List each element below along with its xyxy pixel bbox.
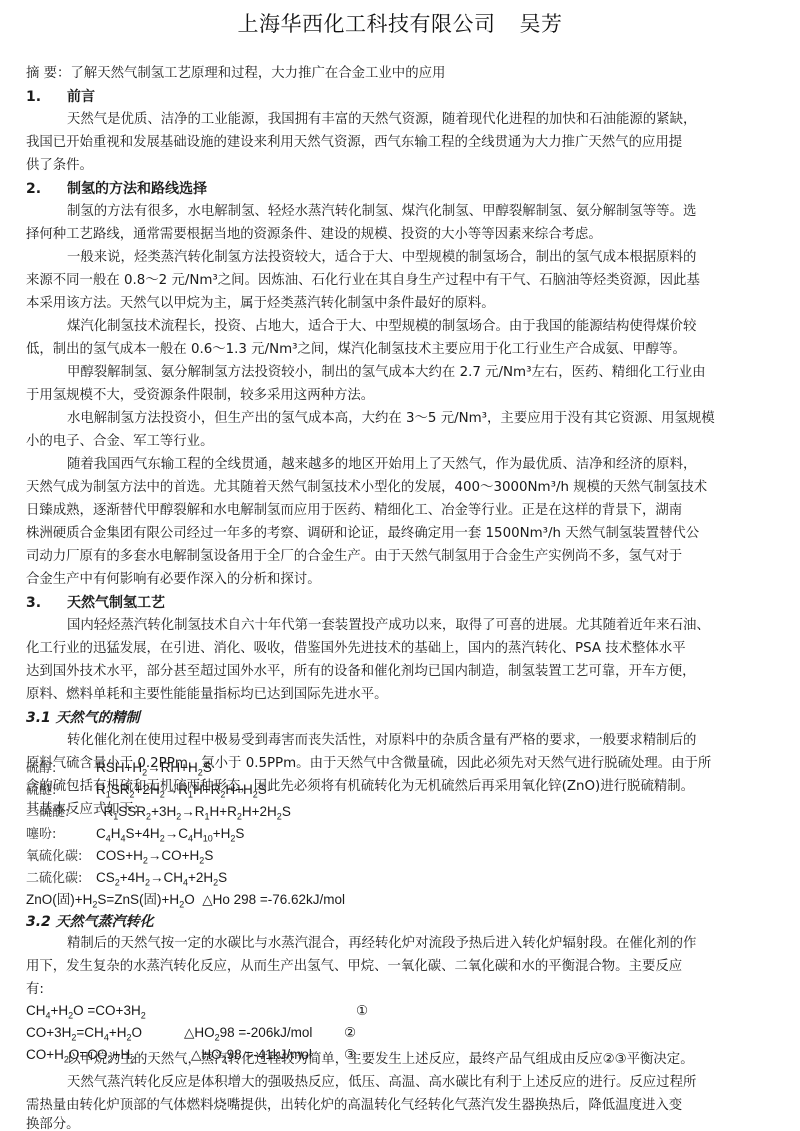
reaction-row: 噻吩:C4H4S+4H2→C4H10+H2S — [26, 824, 244, 845]
paragraph: 我国已开始重视和发展基础设施的建设来利用天然气资源，西气东输工程的全线贯通为大力… — [26, 133, 682, 153]
reaction-label: 二硫化碳: — [26, 869, 96, 889]
paragraph: 化工行业的迅猛发展，在引进、消化、吸收，借鉴国外先进技术的基础上，国内的蒸汽转化… — [26, 639, 686, 659]
reaction-number: ① — [356, 1001, 368, 1021]
paragraph: 本采用该方法。天然气以甲烷为主，属于烃类蒸汽转化制氢中条件最好的原料。 — [26, 294, 495, 314]
paragraph: 原料、燃料单耗和主要性能能量指标均已达到国际先进水平。 — [26, 685, 388, 705]
abstract: 摘 要：了解天然气制氢工艺原理和过程，大力推广在合金工业中的应用 — [26, 64, 445, 84]
enthalpy-value: △HO298 =-206kJ/mol — [184, 1023, 312, 1043]
paragraph: 天然气成为制氢方法中的首选。尤其随着天然气制氢技术小型化的发展，400～3000… — [26, 478, 707, 498]
paragraph: 择何种工艺路线，通常需要根据当地的资源条件、建设的规模、投资的大小等等因素来综合… — [26, 225, 602, 245]
paragraph: 于用氢规模不大，受资源条件限制，较多采用这两种方法。 — [26, 386, 374, 406]
paragraph: 达到国外技术水平，部分甚至超过国外水平，所有的设备和催化剂均已国内制造，制氢装置… — [26, 662, 696, 682]
reaction-number: ② — [344, 1023, 356, 1043]
reaction-formula: RSH+H2→RH+H2S — [96, 758, 212, 778]
reaction-row: 二硫化碳:CS2+4H2→CH4+2H2S — [26, 868, 227, 889]
paragraph: 转化催化剂在使用过程中极易受到毒害而丧失活性，对原料中的杂质含量有严格的要求，一… — [67, 731, 696, 751]
reaction-label: 噻吩: — [26, 825, 96, 845]
reforming-reaction-row: CO+3H2=CH4+H2O△HO298 =-206kJ/mol② — [26, 1023, 142, 1043]
paragraph: 需热量由转化炉顶部的气体燃料烧嘴提供，出转化炉的高温转化气经转化气蒸汽发生器换热… — [26, 1096, 682, 1116]
paragraph: 低，制出的氢气成本一般在 0.6～1.3 元/Nm³之间，煤汽化制氢技术主要应用… — [26, 340, 686, 360]
paragraph: 精制后的天然气按一定的水碳比与水蒸汽混合，再经转化炉对流段予热后进入转化炉辐射段… — [67, 934, 696, 954]
paragraph: 日臻成熟，逐渐替代甲醇裂解和水电解制氢而应用于医药、精细化工、冶金等行业。正是在… — [26, 501, 682, 521]
author-name: 吴芳 — [520, 12, 563, 36]
paragraph: 随着我国西气东输工程的全线贯通，越来越多的地区开始用上了天然气，作为最优质、洁净… — [67, 455, 696, 475]
paragraph: 天然气蒸汽转化反应是体积增大的强吸热反应，低压、高温、高水碳比有利于上述反应的进… — [67, 1073, 696, 1093]
reaction-formula: R1SSR2+3H2→R1H+R2H+2H2S — [96, 802, 291, 822]
reaction-formula: CH4+H2O =CO+3H2 — [26, 1003, 146, 1018]
paragraph: 煤汽化制氢技术流程长，投资、占地大，适合于大、中型规模的制氢场合。由于我国的能源… — [67, 317, 696, 337]
reaction-formula: COS+H2→CO+H2S — [96, 846, 213, 866]
paragraph: 国内轻烃蒸汽转化制氢技术自六十年代第一套装置投产成功以来，取得了可喜的进展。尤其… — [67, 616, 710, 636]
subsection-heading-3-2: 3.2 天然气蒸汽转化 — [26, 912, 154, 932]
reaction-row: 二硫醚: R1SSR2+3H2→R1H+R2H+2H2S — [26, 802, 291, 823]
reaction-formula: CS2+4H2→CH4+2H2S — [96, 868, 227, 888]
document-title: 上海华西化工科技有限公司吴芳 — [0, 8, 800, 38]
paragraph: 以甲烷为主的天然气，蒸汽转化过程较为简单，主要发生上述反应，最终产品气组成由反应… — [67, 1050, 694, 1070]
reaction-label: 硫醇: — [26, 759, 96, 779]
section-heading-2: 2.制氢的方法和路线选择 — [26, 179, 207, 199]
paragraph: 司动力厂原有的多套水电解制氢设备用于全厂的合金生产。由于天然气制氢用于合金生产实… — [26, 547, 682, 567]
paragraph: 小的电子、合金、军工等行业。 — [26, 432, 213, 452]
paragraph: 一般来说，烃类蒸汽转化制氢方法投资较大，适合于大、中型规模的制氢场合，制出的氢气… — [67, 248, 696, 268]
section-heading-1: 1.前言 — [26, 87, 95, 107]
reaction-formula: R1SR2+2H2→R1H+R2H+H2S — [96, 780, 267, 800]
paragraph: 制氢的方法有很多，水电解制氢、轻烃水蒸汽转化制氢、煤汽化制氢、甲醇裂解制氢、氨分… — [67, 202, 696, 222]
paragraph: 有: — [26, 980, 44, 1000]
paragraph: 株洲硬质合金集团有限公司经过一年多的考察、调研和论证，最终确定用一套 1500N… — [26, 524, 699, 544]
reaction-formula: C4H4S+4H2→C4H10+H2S — [96, 824, 244, 844]
paragraph: 用下，发生复杂的水蒸汽转化反应，从而生产出氢气、甲烷、一氧化碳、二氧化碳和水的平… — [26, 957, 682, 977]
reaction-row: 硫醚:R1SR2+2H2→R1H+R2H+H2S — [26, 780, 267, 801]
reaction-label: 二硫醚: — [26, 803, 96, 823]
paragraph: 天然气是优质、洁净的工业能源，我国拥有丰富的天然气资源，随着现代化进程的加快和石… — [67, 110, 696, 130]
paragraph: 供了条件。 — [26, 156, 93, 176]
section-heading-3: 3.天然气制氢工艺 — [26, 593, 165, 613]
reaction-label: 氧硫化碳: — [26, 847, 96, 867]
reaction-row: 硫醇:RSH+H2→RH+H2S — [26, 758, 212, 779]
reforming-reaction-row: CH4+H2O =CO+3H2① — [26, 1001, 146, 1021]
paragraph: 水电解制氢方法投资小，但生产出的氢气成本高，大约在 3～5 元/Nm³，主要应用… — [67, 409, 715, 429]
paragraph: 合金生产中有何影响有必要作深入的分析和探讨。 — [26, 570, 321, 590]
subsection-heading-3-1: 3.1 天然气的精制 — [26, 708, 140, 728]
reaction-row: 氧硫化碳:COS+H2→CO+H2S — [26, 846, 213, 867]
company-name: 上海华西化工科技有限公司 — [238, 12, 496, 36]
paragraph: 换部分。 — [26, 1115, 80, 1131]
zno-reaction: ZnO(固)+H2S=ZnS(固)+H2O △Ho 298 =-76.62kJ/… — [26, 890, 345, 910]
reaction-formula: CO+3H2=CH4+H2O — [26, 1025, 142, 1040]
paragraph: 甲醇裂解制氢、氨分解制氢方法投资较小，制出的氢气成本大约在 2.7 元/Nm³左… — [67, 363, 706, 383]
paragraph: 来源不同一般在 0.8～2 元/Nm³之间。因炼油、石化行业在其自身生产过程中有… — [26, 271, 700, 291]
reaction-label: 硫醚: — [26, 781, 96, 801]
